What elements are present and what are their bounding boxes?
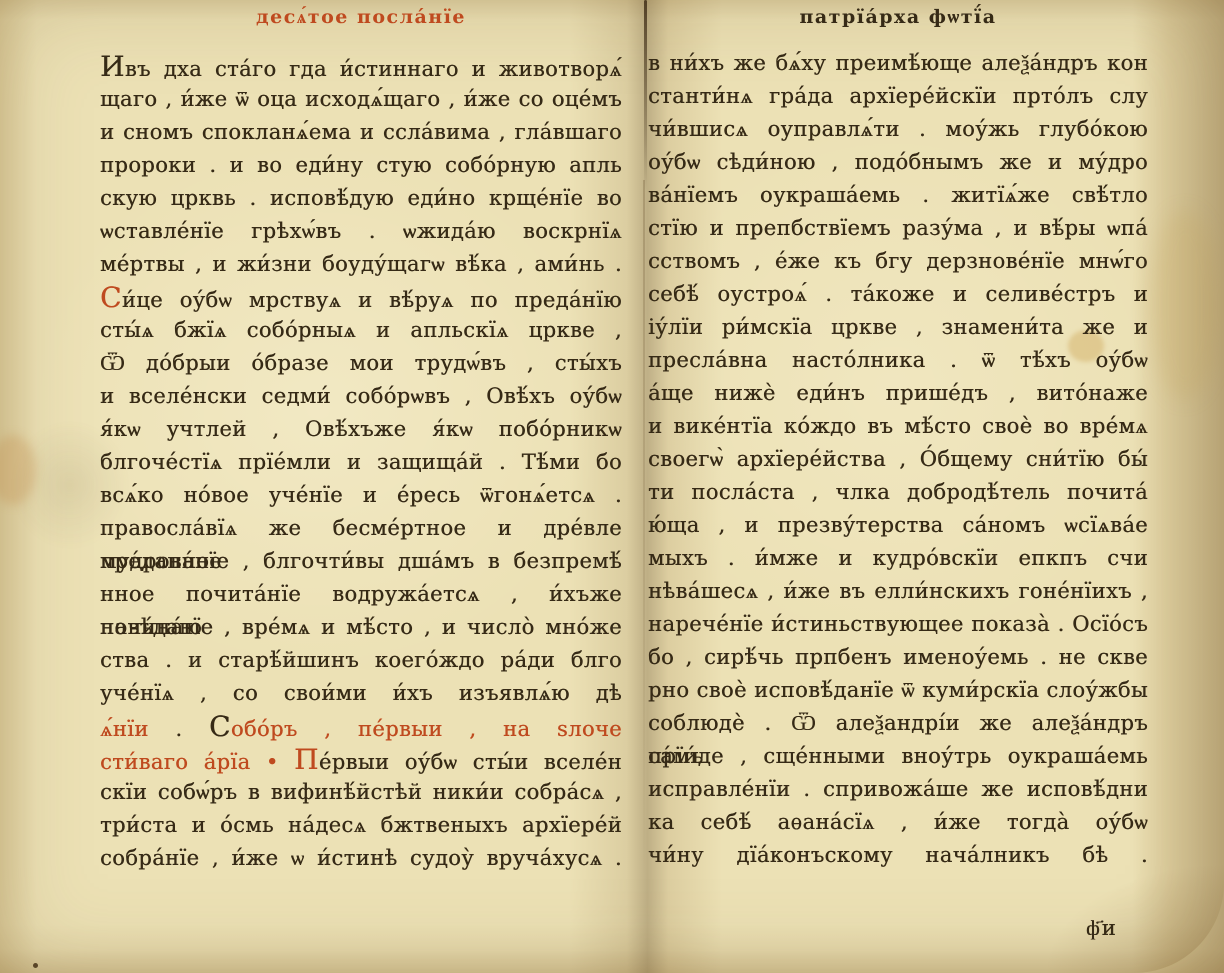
text-line: ѡставле́нїе грѣхѡ́въ . ѡжида́ю воскрнїѧ [100,215,622,248]
body-text: ва́нїемъ оукраша́емь . житїѧ́же свѣ́тло [648,183,1148,207]
text-line: стїю и препбствїемъ разу́ма , и вѣ́ры ѡп… [648,212,1148,245]
body-text: ка себѣ́ аѳана́сїѧ , и́же тогда̀ оу́бѡ [648,810,1148,834]
text-line: станти́нѧ гра́да архїере́йскїи прто́лъ с… [648,80,1148,113]
text-line: соблюдѐ . Ѿ алеѯандрі́и же алеѯа́ндръ са… [648,707,1148,740]
book-gutter-shadow [643,180,645,880]
body-text: себѣ́ оустроѧ́ . та́коже и селиве́стръ и [648,282,1148,306]
body-text: всѧ́ко но́вое уче́нїе и е́ресь ѿгонѧ́етс… [100,483,622,507]
body-text: уче́нїѧ , со свои́ми и́хъ изъявлѧ́ю дѣ [100,681,622,705]
text-line: всѧ́ко но́вое уче́нїе и е́ресь ѿгонѧ́етс… [100,479,622,512]
body-text: повѣ́данїе , вре́мѧ и мѣ́сто , и число̀ … [100,615,622,639]
text-line: бо , сирѣ́чь прпбенъ именоу́емь . не скв… [648,641,1148,674]
text-line: пресла́вна насто́лника . ѿ тѣ́хъ оу́бѡ [648,344,1148,377]
body-text: стїю и препбствїемъ разу́ма , и вѣ́ры ѡп… [648,216,1148,240]
text-line: рно своѐ исповѣ́данїе ѿ куми́рскїа слоу́… [648,674,1148,707]
body-text: е́рвыи оу́бѡ сты́и вселе́н [319,750,622,774]
right-running-header: патрїа́рха фѡтї́а [648,6,1148,32]
text-line: мыхъ . и́мже и кудро́вскїи епкпъ счи [648,542,1148,575]
body-text: мыхъ . и́мже и кудро́вскїи епкпъ счи [648,546,1148,570]
body-text: прїи́де , сще́нными вноу́трь оукраша́емь [648,744,1148,768]
body-text: Ѿ до́брыи о́бразе мои трудѡ́въ , сты́хъ [100,351,622,375]
text-line: ти посла́ста , члка добродѣ́тель почита́ [648,476,1148,509]
text-line: Ѿ до́брыи о́бразе мои трудѡ́въ , сты́хъ [100,347,622,380]
body-text: . [149,717,209,741]
body-text: своегѡ̀ архїере́йства , О́бщему сни́тїю … [648,447,1148,471]
body-text: скїи собѡ́ръ в вифинѣ́йстѣй ники́и собра… [100,780,622,804]
left-running-header: десѧ́тое посла́нїе [100,6,622,32]
text-line: собра́нїе , и́же ѡ и́стинѣ судоу̀ вруча́… [100,842,622,875]
text-line: и сномъ спокланѧ́ема и ссла́вима , гла́в… [100,116,622,149]
text-line: блгоче́стїѧ прїе́мли и защища́й . Тѣ́ми … [100,446,622,479]
text-line: а́ще нижѐ еди́нъ прише́дъ , вито́наже [648,377,1148,410]
body-text: собра́нїе , и́же ѡ и́стинѣ судоу̀ вруча́… [100,846,622,870]
text-line: сствомъ , е́же къ бгу дерзнове́нїе мнѡ́г… [648,245,1148,278]
body-text: чи́вшисѧ оуправлѧ́ти . моу́жь глубо́кою [648,117,1148,141]
rubric-text: обо́ръ , пе́рвыи , на ѕлоче [231,717,622,741]
text-line: себѣ́ оустроѧ́ . та́коже и селиве́стръ и [648,278,1148,311]
text-line: Си́це оу́бѡ мрствуѧ и вѣ́руѧ по преда́нї… [100,281,622,314]
text-line: правосла́вїѧ же бесме́ртное и дре́вле пр… [100,512,622,545]
body-text: нарече́нїе и́стиньствующее показа̀ . Осї… [648,612,1148,636]
text-line: Ивъ дха ста́го гда и́стиннаго и животвор… [100,50,622,83]
text-line: сты́ѧ бжїѧ собо́рныѧ и апльскїѧ цркве , [100,314,622,347]
paper-speck [33,963,38,968]
body-text: и вселе́нски седми́ собо́рѡвъ , Овѣ́хъ о… [100,384,622,408]
text-line: исправле́нїи . спривожа́ше же исповѣ́дни [648,773,1148,806]
body-text: ѡставле́нїе грѣхѡ́въ . ѡжида́ю воскрнїѧ [100,219,622,243]
text-line: щаго , и́же ѿ оца исходѧ́щаго , и́же со … [100,83,622,116]
rubric-text: С [100,281,122,314]
text-line: скїи собѡ́ръ в вифинѣ́йстѣй ники́и собра… [100,776,622,809]
body-text: ти посла́ста , члка добродѣ́тель почита́ [648,480,1148,504]
text-line: я́кѡ учтлей , Овѣ́хъже я́кѡ побо́рникѡ [100,413,622,446]
text-line: ка себѣ́ аѳана́сїѧ , и́же тогда̀ оу́бѡ [648,806,1148,839]
text-line: нѣва́шесѧ , и́же въ елли́нскихъ гоне́нїи… [648,575,1148,608]
body-text: іу́лїи ри́мскїа цркве , знамени́та же и [648,315,1148,339]
text-line: в ни́хъ же бѧ́ху преимѣ́юще алеѯа́ндръ к… [648,47,1148,80]
text-line: повѣ́данїе , вре́мѧ и мѣ́сто , и число̀ … [100,611,622,644]
body-text: въ дха ста́го гда и́стиннаго и животворѧ… [125,57,622,81]
binding-crease-line [644,0,647,190]
body-text: рно своѐ исповѣ́данїе ѿ куми́рскїа слоу́… [648,678,1148,702]
text-line: чи́ну дїа́конъскому нача́лникъ бѣ . [648,839,1148,872]
body-text: сты́ѧ бжїѧ собо́рныѧ и апльскїѧ цркве , [100,318,622,342]
body-text: три́ста и о́смь на́десѧ бжтвеныхъ архїер… [100,813,622,837]
body-text: щаго , и́же ѿ оца исходѧ́щаго , и́же со … [100,87,622,111]
text-line: іу́лїи ри́мскїа цркве , знамени́та же и [648,311,1148,344]
body-text: в ни́хъ же бѧ́ху преимѣ́юще алеѯа́ндръ к… [648,51,1148,75]
body-text: ю́ща , и презву́терства са́номъ ѡсїѧва́е [648,513,1148,537]
text-line: уче́нїѧ , со свои́ми и́хъ изъявлѧ́ю дѣ [100,677,622,710]
text-line: и вике́нтїа ко́ждо въ мѣ́сто своѐ во вре… [648,410,1148,443]
text-line: ме́ртвы , и жи́зни боуду́щагѡ вѣ́ка , ам… [100,248,622,281]
page-edge-stack [1166,0,1224,973]
text-line: мудрова́нїе , блгочти́вы дша́мъ в безпре… [100,545,622,578]
body-text: пророки . и во еди́ну стую собо́рную апл… [100,153,622,177]
text-line: нарече́нїе и́стиньствующее показа̀ . Осї… [648,608,1148,641]
left-page-text-block: Ивъ дха ста́го гда и́стиннаго и животвор… [100,50,622,875]
body-text: чи́ну дїа́конъскому нача́лникъ бѣ . [648,843,1148,867]
text-line: прїи́де , сще́нными вноу́трь оукраша́емь [648,740,1148,773]
rubric-text: сти́ваго а́рїа • [100,750,294,774]
body-text: ме́ртвы , и жи́зни боуду́щагѡ вѣ́ка , ам… [100,252,622,276]
signature-mark: ф҃и [1086,916,1146,941]
rubric-text: П [294,743,319,776]
body-text: нѣва́шесѧ , и́же въ елли́нскихъ гоне́нїи… [648,579,1148,603]
text-line: и вселе́нски седми́ собо́рѡвъ , Овѣ́хъ о… [100,380,622,413]
body-text: а́ще нижѐ еди́нъ прише́дъ , вито́наже [648,381,1148,405]
body-text: исправле́нїи . спривожа́ше же исповѣ́дни [648,777,1148,801]
book-spread: десѧ́тое посла́нїе патрїа́рха фѡтї́а Ивъ… [0,0,1224,973]
body-text: и́це оу́бѡ мрствуѧ и вѣ́руѧ по преда́нїю [122,288,622,312]
body-text: станти́нѧ гра́да архїере́йскїи прто́лъ с… [648,84,1148,108]
text-line: оу́бѡ сѣди́ною , подо́бнымъ же и му́дро [648,146,1148,179]
body-text: блгоче́стїѧ прїе́мли и защища́й . Тѣ́ми … [100,450,622,474]
body-text: я́кѡ учтлей , Овѣ́хъже я́кѡ побо́рникѡ [100,417,622,441]
text-line: ѧ́нїи . Собо́ръ , пе́рвыи , на ѕлоче [100,710,622,743]
body-text: С [209,710,231,743]
text-line: ю́ща , и презву́терства са́номъ ѡсїѧва́е [648,509,1148,542]
body-text: сствомъ , е́же къ бгу дерзнове́нїе мнѡ́г… [648,249,1148,273]
body-text: и сномъ спокланѧ́ема и ссла́вима , гла́в… [100,120,622,144]
text-line: три́ста и о́смь на́десѧ бжтвеныхъ архїер… [100,809,622,842]
body-text: мудрова́нїе , блгочти́вы дша́мъ в безпре… [100,549,622,573]
right-page-text-block: в ни́хъ же бѧ́ху преимѣ́юще алеѯа́ндръ к… [648,47,1148,872]
text-line: сти́ваго а́рїа • Пе́рвыи оу́бѡ сты́и все… [100,743,622,776]
body-text: скую црквь . исповѣ́дую еди́но крще́нїе … [100,186,622,210]
text-line: скую црквь . исповѣ́дую еди́но крще́нїе … [100,182,622,215]
text-line: чи́вшисѧ оуправлѧ́ти . моу́жь глубо́кою [648,113,1148,146]
rubric-text: ѧ́нїи [100,717,149,741]
body-text: пресла́вна насто́лника . ѿ тѣ́хъ оу́бѡ [648,348,1148,372]
text-line: нное почита́нїе водружа́етсѧ , и́хъже на… [100,578,622,611]
text-line: пророки . и во еди́ну стую собо́рную апл… [100,149,622,182]
text-line: своегѡ̀ архїере́йства , О́бщему сни́тїю … [648,443,1148,476]
body-text: и вике́нтїа ко́ждо въ мѣ́сто своѐ во вре… [648,414,1148,438]
text-line: ства . и старѣ́йшинъ коего́ждо ра́ди блг… [100,644,622,677]
body-text: ства . и старѣ́йшинъ коего́ждо ра́ди блг… [100,648,622,672]
body-text: бо , сирѣ́чь прпбенъ именоу́емь . не скв… [648,645,1148,669]
body-text: оу́бѡ сѣди́ною , подо́бнымъ же и му́дро [648,150,1148,174]
text-line: ва́нїемъ оукраша́емь . житїѧ́же свѣ́тло [648,179,1148,212]
body-text: И [100,50,125,83]
